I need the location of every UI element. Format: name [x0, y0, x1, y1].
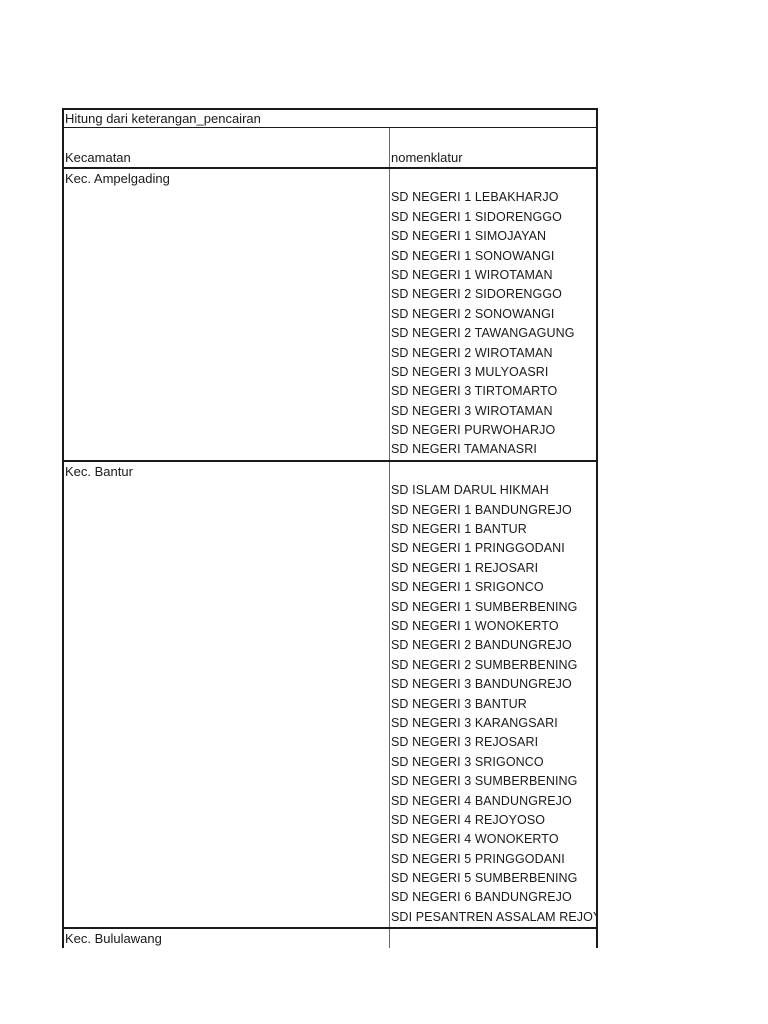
kecamatan-group: Kec. Bululawang — [62, 929, 598, 948]
kecamatan-group: Kec. Bantur SD ISLAM DARUL HIKMAHSD NEGE… — [62, 462, 598, 929]
nomenklatur-cell: SD NEGERI 1 LEBAKHARJOSD NEGERI 1 SIDORE… — [389, 169, 596, 460]
school-row[interactable]: SD NEGERI 3 WIROTAMAN — [391, 402, 596, 421]
school-row[interactable]: SD NEGERI 1 REJOSARI — [391, 559, 596, 578]
school-row[interactable]: SD NEGERI 2 WIROTAMAN — [391, 344, 596, 363]
school-row[interactable]: SD NEGERI 4 WONOKERTO — [391, 830, 596, 849]
blank-cell[interactable] — [391, 929, 596, 948]
school-row[interactable]: SD NEGERI TAMANASRI — [391, 440, 596, 459]
school-row[interactable]: SD NEGERI 3 SUMBERBENING — [391, 772, 596, 791]
header-kecamatan[interactable]: Kecamatan — [64, 128, 389, 167]
school-row[interactable]: SD NEGERI 1 WONOKERTO — [391, 617, 596, 636]
school-row[interactable]: SD NEGERI 2 SONOWANGI — [391, 305, 596, 324]
pivot-table: Hitung dari keterangan_pencairan Kecamat… — [62, 108, 598, 948]
school-row[interactable]: SD ISLAM DARUL HIKMAH — [391, 481, 596, 500]
school-row[interactable]: SD NEGERI 1 SIMOJAYAN — [391, 227, 596, 246]
nomenklatur-cell — [389, 929, 596, 948]
school-row[interactable]: SD NEGERI 4 BANDUNGREJO — [391, 792, 596, 811]
header-nomenklatur[interactable]: nomenklatur — [389, 128, 596, 167]
header-row: Kecamatan nomenklatur — [62, 128, 598, 169]
nomenklatur-cell: SD ISLAM DARUL HIKMAHSD NEGERI 1 BANDUNG… — [389, 462, 596, 927]
school-row[interactable]: SD NEGERI 3 SRIGONCO — [391, 753, 596, 772]
school-row[interactable]: SD NEGERI 4 REJOYOSO — [391, 811, 596, 830]
school-row[interactable]: SD NEGERI 1 BANTUR — [391, 520, 596, 539]
school-row[interactable]: SD NEGERI 5 PRINGGODANI — [391, 850, 596, 869]
school-row[interactable]: SD NEGERI 2 BANDUNGREJO — [391, 636, 596, 655]
school-row[interactable]: SD NEGERI 1 SIDORENGGO — [391, 208, 596, 227]
school-row[interactable]: SD NEGERI 2 TAWANGAGUNG — [391, 324, 596, 343]
group-list: Kec. Ampelgading SD NEGERI 1 LEBAKHARJOS… — [62, 169, 598, 948]
kecamatan-group: Kec. Ampelgading SD NEGERI 1 LEBAKHARJOS… — [62, 169, 598, 462]
school-row[interactable]: SD NEGERI 2 SUMBERBENING — [391, 656, 596, 675]
school-row[interactable]: SD NEGERI 1 LEBAKHARJO — [391, 188, 596, 207]
school-row[interactable]: SD NEGERI PURWOHARJO — [391, 421, 596, 440]
school-row[interactable]: SD NEGERI 1 WIROTAMAN — [391, 266, 596, 285]
school-row[interactable]: SD NEGERI 2 SIDORENGGO — [391, 285, 596, 304]
kecamatan-cell[interactable]: Kec. Bululawang — [64, 929, 389, 948]
school-row[interactable]: SD NEGERI 3 BANDUNGREJO — [391, 675, 596, 694]
school-row[interactable]: SD NEGERI 1 BANDUNGREJO — [391, 501, 596, 520]
school-row[interactable]: SD NEGERI 3 BANTUR — [391, 695, 596, 714]
school-row[interactable]: SD NEGERI 3 TIRTOMARTO — [391, 382, 596, 401]
blank-cell[interactable] — [391, 169, 596, 188]
pivot-title[interactable]: Hitung dari keterangan_pencairan — [62, 108, 598, 128]
school-row[interactable]: SD NEGERI 1 SONOWANGI — [391, 247, 596, 266]
school-row[interactable]: SD NEGERI 3 MULYOASRI — [391, 363, 596, 382]
school-row[interactable]: SD NEGERI 3 KARANGSARI — [391, 714, 596, 733]
school-row[interactable]: SD NEGERI 1 PRINGGODANI — [391, 539, 596, 558]
school-row[interactable]: SD NEGERI 1 SUMBERBENING — [391, 598, 596, 617]
blank-cell[interactable] — [391, 462, 596, 481]
kecamatan-cell[interactable]: Kec. Bantur — [64, 462, 389, 927]
school-row[interactable]: SD NEGERI 5 SUMBERBENING — [391, 869, 596, 888]
school-row[interactable]: SD NEGERI 6 BANDUNGREJO — [391, 888, 596, 907]
school-row[interactable]: SD NEGERI 3 REJOSARI — [391, 733, 596, 752]
kecamatan-cell[interactable]: Kec. Ampelgading — [64, 169, 389, 460]
school-row[interactable]: SD NEGERI 1 SRIGONCO — [391, 578, 596, 597]
school-row[interactable]: SDI PESANTREN ASSALAM REJOYOSO — [391, 908, 596, 927]
